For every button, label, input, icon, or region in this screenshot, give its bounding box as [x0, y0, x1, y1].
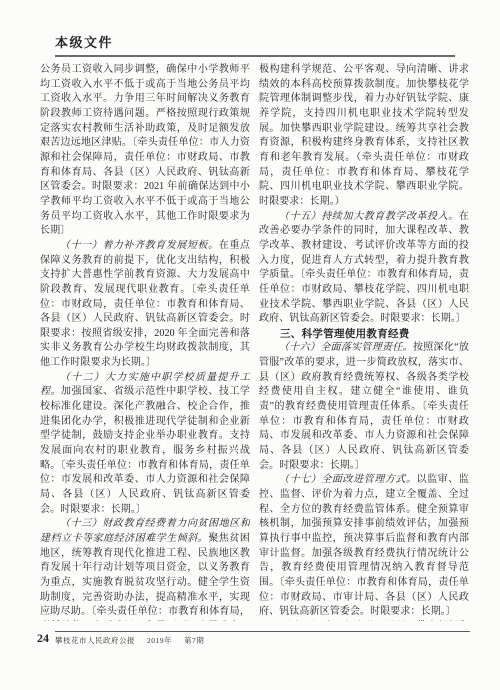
paragraph: （十六）全面落实管理责任。按照深化“放管服”改革的要求，进一步简政放权，落实市、…	[259, 341, 469, 473]
paragraph: （十三）财政教育经费着力向贫困地区和建档立卡等家庭经济困难学生倾斜。聚焦贫困地区…	[40, 517, 250, 621]
document-body: 公务员工资收入同步调整，确保中小学教师平均工资收入水平不低于或高于当地公务员平均…	[40, 63, 469, 621]
paragraph-lead: （十六）全面落实管理责任。	[279, 342, 413, 353]
journal-title: 攀枝花市人民政府公报	[55, 635, 135, 646]
paragraph-lead: （十二）大力实施中职学校质量提升工程。	[40, 372, 250, 398]
paragraph: （十一）着力补齐教育发展短板。在重点保障义务教育的前提下，优化支出结构，积极支持…	[40, 239, 250, 371]
page-footer: 24 攀枝花市人民政府公报 2019年 第7期	[37, 631, 470, 646]
page-number: 24	[37, 631, 49, 644]
section-header: 本级文件	[55, 32, 455, 57]
section-tab-label: 本级文件	[55, 35, 113, 50]
paragraph-lead: （十一）着力补齐教育发展短板。	[60, 240, 219, 251]
paragraph: （十七）全面改进管理方式。以监审、监控、监督、评价为着力点，建立全覆盖、全过程、…	[259, 473, 469, 620]
paragraph-lead: （十五）持续加大教育教学改革投入。	[279, 211, 459, 222]
paragraph: （十八）全面提高使用绩效。教育部门和学校要牢固树立“花钱必问效、无效必问责”的理…	[259, 620, 469, 621]
paragraph: （十五）持续加大教育教学改革投入。在改善必要办学条件的同时，加大课程改革、教学改…	[259, 210, 469, 327]
section-heading: 三、科学管理使用教育经费	[259, 327, 469, 342]
journal-year: 2019年	[147, 635, 172, 646]
paragraph: 极构建科学规范、公平客观、导向清晰、讲求绩效的本科高校预算拨款制度。加快攀枝花学…	[259, 63, 469, 210]
paragraph-lead: （十三）财政教育经费着力向贫困地区和建档立卡等家庭经济困难学生倾斜。	[40, 518, 250, 544]
left-column: 公务员工资收入同步调整，确保中小学教师平均工资收入水平不低于或高于当地公务员平均…	[40, 63, 250, 621]
paragraph: （十二）大力实施中职学校质量提升工程。加强国家、省级示范性中职学校、技工学校标准…	[40, 371, 250, 518]
paragraph-lead: （十七）全面改进管理方式。	[279, 474, 417, 485]
footer-journal-line: 攀枝花市人民政府公报 2019年 第7期	[55, 631, 470, 646]
paragraph: 公务员工资收入同步调整，确保中小学教师平均工资收入水平不低于或高于当地公务员平均…	[40, 63, 250, 239]
right-column: 极构建科学规范、公平客观、导向清晰、讲求绩效的本科高校预算拨款制度。加快攀枝花学…	[259, 63, 469, 621]
journal-issue: 第7期	[184, 635, 204, 646]
gazette-page: 本级文件 公务员工资收入同步调整，确保中小学教师平均工资收入水平不低于或高于当地…	[0, 0, 500, 690]
